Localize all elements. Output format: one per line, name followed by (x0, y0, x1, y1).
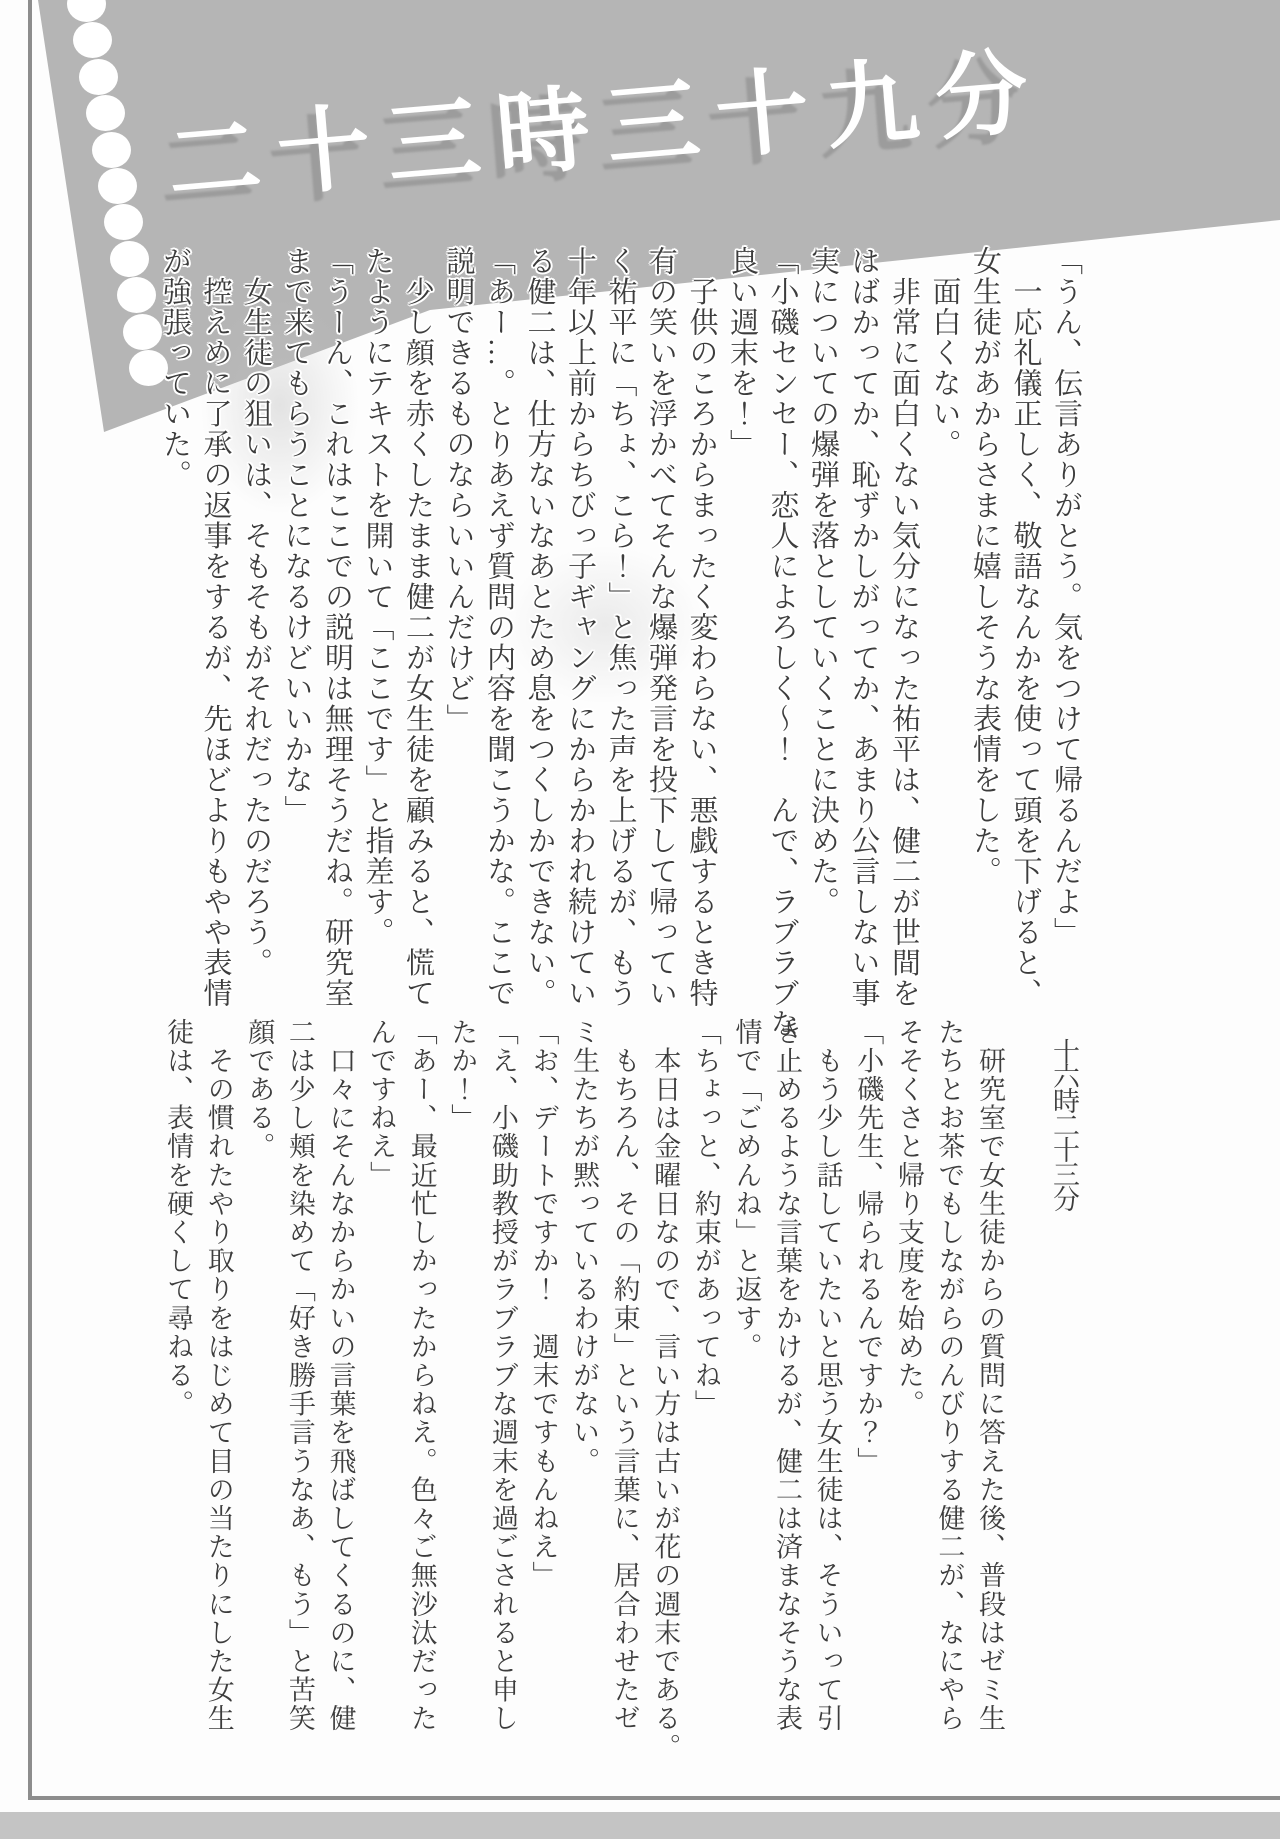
text-column: 「あー、最近忙しかったからねえ。色々ご無沙汰だった (401, 1018, 442, 1766)
text-column: 顔である。 (239, 1018, 280, 1766)
text-column: 面白くない。 (924, 246, 965, 1058)
book-page: 二十三時三十九分 「うん、伝言ありがとう。気をつけて帰るんだよ」 一応礼儀正しく… (0, 0, 1280, 1839)
text-column: たか！」 (442, 1018, 483, 1766)
text-block-1623: 研究室で女生徒からの質問に答えた後、普段はゼミ生たちとお茶でもしながらのんびりす… (152, 1018, 1010, 1766)
text-column: まで来てもらうことになるけどいいかな」 (276, 246, 317, 1058)
text-column: 控えめに了承の返事をするが、先ほどよりもやや表情 (195, 246, 236, 1058)
text-column: る健二は、仕方ないなあとため息をつくしかできない。 (519, 246, 560, 1058)
text-column: 情で「ごめんね」と返す。 (726, 1018, 767, 1766)
page-bottom-rule (28, 1796, 1280, 1800)
text-column: もう少し話していたいと思う女生徒は、そういって引 (807, 1018, 848, 1766)
hole-dot (86, 95, 125, 131)
text-column: 研究室で女生徒からの質問に答えた後、普段はゼミ生 (969, 1018, 1010, 1766)
footer-band (0, 1812, 1280, 1839)
section-time-heading: 十六時二十三分 (1044, 1038, 1084, 1298)
text-column: はばかってか、恥ずかしがってか、あまり公言しない事 (843, 246, 884, 1058)
text-column: が強張っていた。 (155, 246, 196, 1058)
text-block-2339: 「うん、伝言ありがとう。気をつけて帰るんだよ」 一応礼儀正しく、敬語なんかを使っ… (140, 246, 1086, 1058)
text-column: く祐平に「ちょ、こら！」と焦った声を上げるが、もう (600, 246, 641, 1058)
text-column: 「お、デートですか！ 週末ですもんねえ」 (523, 1018, 564, 1766)
text-column: 「うん、伝言ありがとう。気をつけて帰るんだよ」 (1046, 246, 1087, 1058)
page-left-rule (28, 0, 32, 1800)
hole-dot (79, 59, 118, 95)
text-column: 十年以上前からちびっ子ギャングにからかわれ続けてい (560, 246, 601, 1058)
text-column: 少し顔を赤くしたまま健二が女生徒を顧みると、慌て (398, 246, 439, 1058)
hole-dot (92, 132, 131, 168)
text-column: んですねえ」 (361, 1018, 402, 1766)
text-column: 一応礼儀正しく、敬語なんかを使って頭を下げると、 (1005, 246, 1046, 1058)
text-column: 子供のころからまったく変わらない、悪戯するとき特 (681, 246, 722, 1058)
text-column: 女生徒の狙いは、そもそもがそれだったのだろう。 (236, 246, 277, 1058)
text-column: 「ちょっと、約束があってね」 (685, 1018, 726, 1766)
text-column: 非常に面白くない気分になった祐平は、健二が世間を (884, 246, 925, 1058)
text-column: 口々にそんなからかいの言葉を飛ばしてくるのに、健 (320, 1018, 361, 1766)
text-column: 「え、小磯助教授がラブラブな週末を過ごされると申し (482, 1018, 523, 1766)
text-column: 実についての爆弾を落としていくことに決めた。 (803, 246, 844, 1058)
text-column: たちとお茶でもしながらのんびりする健二が、なにやら (929, 1018, 970, 1766)
text-column: 説明できるものならいいんだけど」 (438, 246, 479, 1058)
text-column: 女生徒があからさまに嬉しそうな表情をした。 (965, 246, 1006, 1058)
text-column: 「小磯センセー、恋人によろしく〜！ んで、ラブラブな (762, 246, 803, 1058)
text-column: 「小磯先生、帰られるんですか？」 (848, 1018, 889, 1766)
text-column: 本日は金曜日なので、言い方は古いが花の週末である。 (645, 1018, 686, 1766)
text-column: その慣れたやり取りをはじめて目の当たりにした女生 (198, 1018, 239, 1766)
text-column: 徒は、表情を硬くして尋ねる。 (158, 1018, 199, 1766)
text-column: 二は少し頬を染めて「好き勝手言うなあ、もう」と苦笑 (279, 1018, 320, 1766)
text-column: たようにテキストを開いて「ここです」と指差す。 (357, 246, 398, 1058)
text-column: 有の笑いを浮かべてそんな爆弾発言を投下して帰ってい (641, 246, 682, 1058)
text-column: そそくさと帰り支度を始めた。 (888, 1018, 929, 1766)
text-column: もちろん、その「約束」という言葉に、居合わせたゼ (604, 1018, 645, 1766)
text-column: ミ生たちが黙っているわけがない。 (563, 1018, 604, 1766)
text-column: 良い週末を！」 (722, 246, 763, 1058)
text-column: 「あー…。とりあえず質問の内容を聞こうかな。ここで (479, 246, 520, 1058)
text-column: 「うーん、これはここでの説明は無理そうだね。研究室 (317, 246, 358, 1058)
text-column: き止めるような言葉をかけるが、健二は済まなそうな表 (766, 1018, 807, 1766)
hole-dot (98, 168, 137, 204)
